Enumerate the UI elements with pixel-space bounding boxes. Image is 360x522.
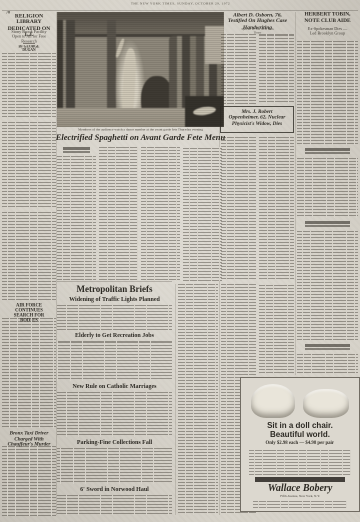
ad-banner-bar <box>255 477 345 482</box>
fete-photo <box>57 12 224 127</box>
photo-grain <box>57 12 224 127</box>
text-column <box>2 121 56 208</box>
text-column <box>57 305 172 330</box>
text-column <box>259 284 294 373</box>
text-column <box>57 495 172 515</box>
column-rule <box>175 284 176 515</box>
text-column <box>57 341 172 381</box>
text-column <box>141 147 180 281</box>
text-column <box>297 41 358 145</box>
text-column <box>2 446 56 516</box>
subhead-lines <box>305 344 350 350</box>
text-column <box>2 53 56 117</box>
ad-body-text <box>249 450 351 475</box>
masthead-rule <box>2 10 358 11</box>
text-column <box>99 147 138 281</box>
subhead-lines <box>305 148 350 154</box>
ad-headline-line2: Beautiful world. <box>241 431 359 440</box>
ad-brand-logo: Wallace Bobery <box>241 483 359 494</box>
text-column <box>259 137 294 280</box>
text-column <box>297 353 358 374</box>
ad-price: Only $2.98 each — $4.98 per pair <box>241 441 359 447</box>
fete-headline: Electrified Spaghetti on Avant Garde Fet… <box>57 133 224 143</box>
text-column <box>57 392 172 437</box>
text-column <box>297 158 358 218</box>
text-column <box>57 156 96 281</box>
brief-heading: Widening of Traffic Lights Planned <box>57 297 172 303</box>
brief-heading: 6' Sword in Norwood Haul <box>57 487 172 493</box>
text-column <box>221 137 256 280</box>
text-column <box>183 147 222 281</box>
masthead: THE NEW YORK TIMES, SUNDAY, OCTOBER 29, … <box>0 2 360 8</box>
oppenheimer-headline: Mrs. J. Robert Oppenheimer, 62, Nuclear … <box>221 107 293 131</box>
text-column <box>57 448 172 484</box>
deck-rule <box>23 43 35 44</box>
text-column <box>2 212 56 300</box>
text-column <box>2 318 56 428</box>
briefs-title: Metropolitan Briefs <box>57 284 172 294</box>
briefs-rule <box>57 281 172 282</box>
text-column <box>259 34 294 104</box>
brief-heading: Elderly to Get Recreation Jobs <box>57 333 172 339</box>
tobin-deck: Ex-Spokesman Dies — Led Brooklyn Group <box>297 27 358 41</box>
brief-heading: New Rule on Catholic Marriages <box>57 384 172 390</box>
text-column <box>178 284 218 515</box>
doll-chair-ad: Sit in a doll chair. Beautiful world. On… <box>240 377 360 512</box>
ad-fine-print <box>253 501 347 508</box>
ad-chair-image <box>303 389 349 418</box>
column-rule <box>295 12 296 375</box>
brief-heading: Parking-Fine Collections Fall <box>57 440 172 446</box>
newspaper-page: 78 THE NEW YORK TIMES, SUNDAY, OCTOBER 2… <box>0 0 360 522</box>
subhead-lines <box>305 221 350 227</box>
fete-byline-lines <box>63 147 90 153</box>
ad-chair-image <box>251 384 295 418</box>
text-column <box>221 34 256 104</box>
oppenheimer-box: Mrs. J. Robert Oppenheimer, 62, Nuclear … <box>220 106 294 133</box>
text-column <box>297 231 358 341</box>
tobin-headline: HERBERT TOBIN, NOTE CLUB AIDE <box>297 12 358 25</box>
